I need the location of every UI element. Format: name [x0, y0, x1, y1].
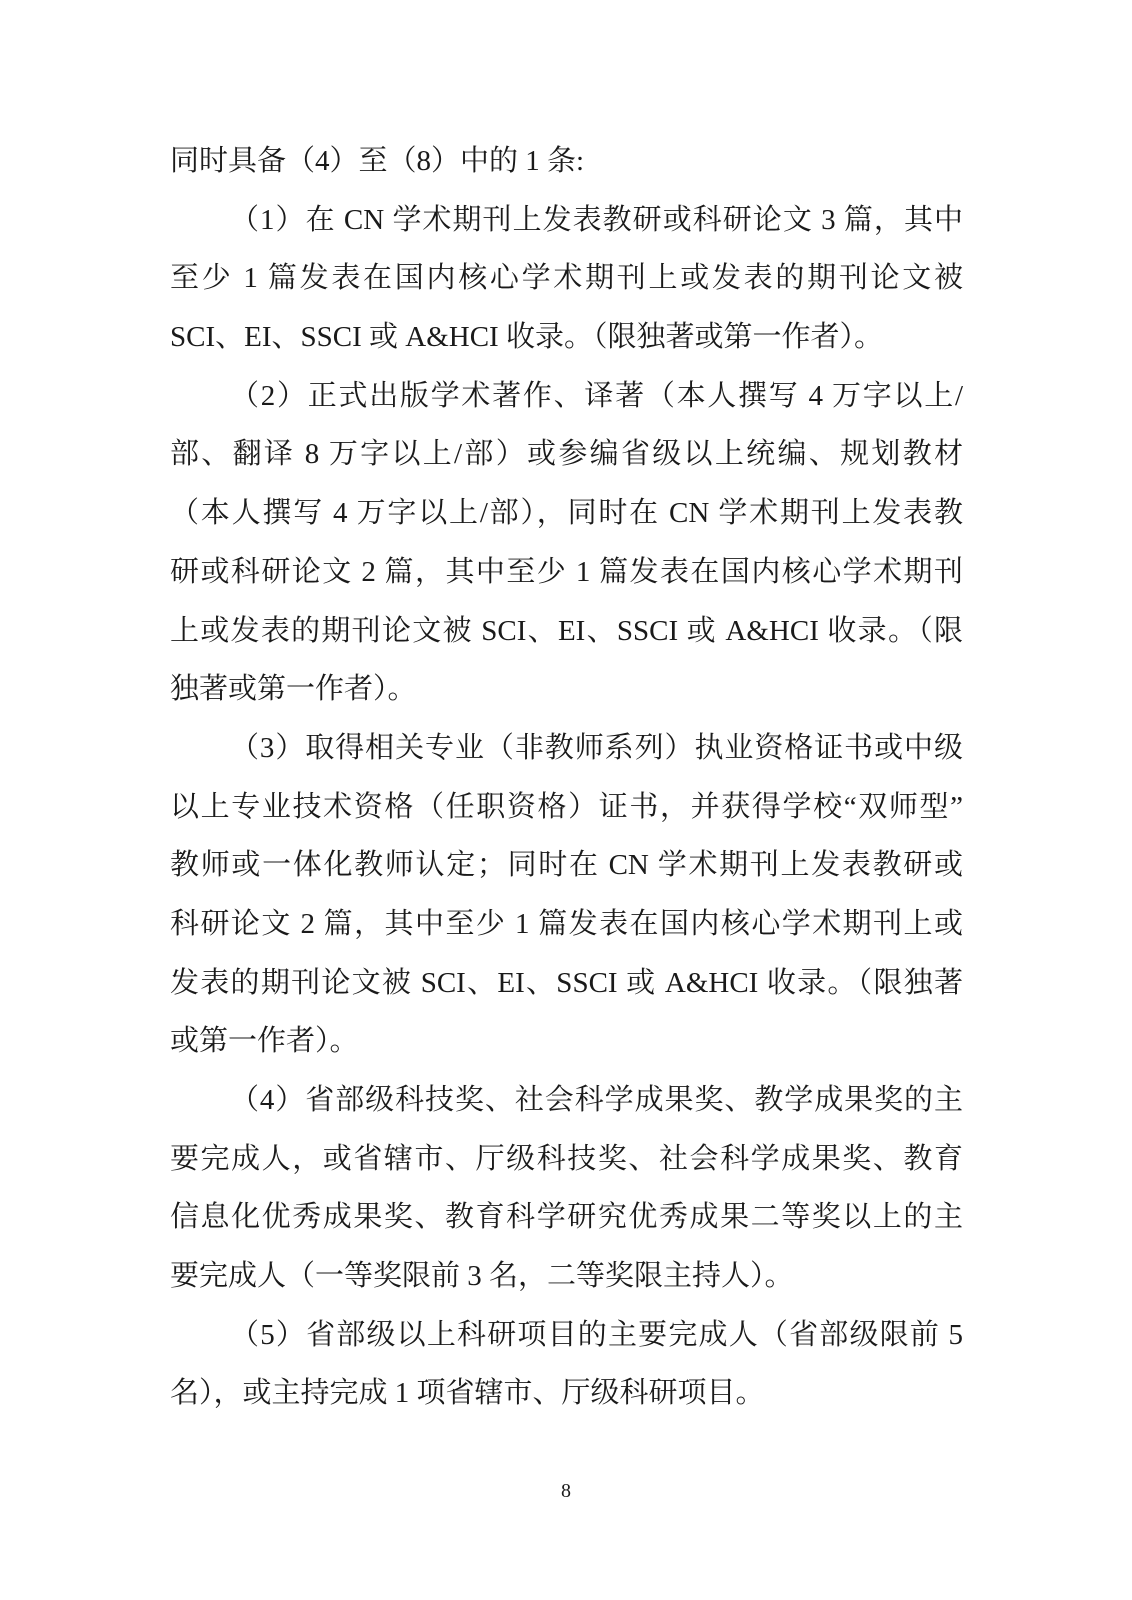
text-line: 部、翻译 8 万字以上/部）或参编省级以上统编、规划教材	[170, 425, 963, 484]
text-line: 独著或第一作者）。	[170, 660, 963, 719]
page-number: 8	[561, 1480, 571, 1502]
text-line: 信息化优秀成果奖、教育科学研究优秀成果二等奖以上的主	[170, 1188, 963, 1247]
text-line: 教师或一体化教师认定；同时在 CN 学术期刊上发表教研或	[170, 836, 963, 895]
text-line: 或第一作者）。	[170, 1012, 963, 1071]
text-line: 研或科研论文 2 篇，其中至少 1 篇发表在国内核心学术期刊	[170, 543, 963, 602]
document-page: 同时具备（4）至（8）中的 1 条: （1）在 CN 学术期刊上发表教研或科研论…	[0, 0, 1132, 1600]
text-line: 上或发表的期刊论文被 SCI、EI、SSCI 或 A&HCI 收录。（限	[170, 602, 963, 661]
text-line: 以上专业技术资格（任职资格）证书，并获得学校“双师型”	[170, 778, 963, 837]
text-line: SCI、EI、SSCI 或 A&HCI 收录。（限独著或第一作者）。	[170, 308, 963, 367]
text-line: （4）省部级科技奖、社会科学成果奖、教学成果奖的主	[170, 1071, 963, 1130]
text-line: （1）在 CN 学术期刊上发表教研或科研论文 3 篇，其中	[170, 191, 963, 250]
text-line: 科研论文 2 篇，其中至少 1 篇发表在国内核心学术期刊上或	[170, 895, 963, 954]
text-line: （本人撰写 4 万字以上/部），同时在 CN 学术期刊上发表教	[170, 484, 963, 543]
text-line: 同时具备（4）至（8）中的 1 条:	[170, 132, 963, 191]
text-line: 要完成人，或省辖市、厅级科技奖、社会科学成果奖、教育	[170, 1130, 963, 1189]
text-line: 发表的期刊论文被 SCI、EI、SSCI 或 A&HCI 收录。（限独著	[170, 954, 963, 1013]
page-body-text: 同时具备（4）至（8）中的 1 条: （1）在 CN 学术期刊上发表教研或科研论…	[170, 132, 963, 1423]
text-line: （5）省部级以上科研项目的主要完成人（省部级限前 5	[170, 1306, 963, 1365]
text-line: （3）取得相关专业（非教师系列）执业资格证书或中级	[170, 719, 963, 778]
text-line: 名），或主持完成 1 项省辖市、厅级科研项目。	[170, 1364, 963, 1423]
text-line: 至少 1 篇发表在国内核心学术期刊上或发表的期刊论文被	[170, 249, 963, 308]
text-line: （2）正式出版学术著作、译著（本人撰写 4 万字以上/	[170, 367, 963, 426]
page-footer: 8	[0, 1478, 1132, 1504]
text-line: 要完成人（一等奖限前 3 名，二等奖限主持人）。	[170, 1247, 963, 1306]
